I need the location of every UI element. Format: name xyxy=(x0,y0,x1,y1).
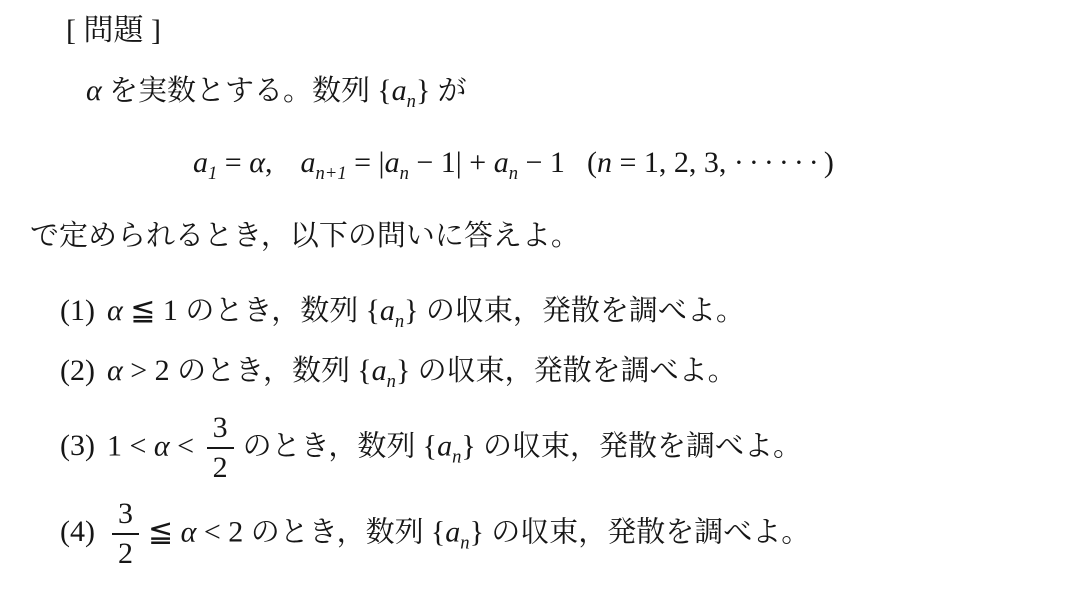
fraction-three-halves: 32 xyxy=(112,498,139,571)
fraction-numerator: 3 xyxy=(112,498,139,535)
condition-relation: ≦ 1 xyxy=(123,294,186,327)
problem-item-1: (1)α ≦ 1 のとき，数列 {an} の収束，発散を調べよ。 xyxy=(60,296,745,326)
math-a: a xyxy=(380,294,395,327)
tail-text-2: の収束，発散を調べよ。 xyxy=(419,295,745,327)
subscript-n: n xyxy=(387,371,396,392)
brace-open: { xyxy=(365,294,379,327)
math-alpha: α xyxy=(86,74,102,107)
math-a: a xyxy=(437,429,452,462)
problem-item-4: (4)32≦ α < 2 のとき，数列 {an} の収束，発散を調べよ。 xyxy=(60,498,810,571)
comma: , xyxy=(265,146,273,179)
tail-text-1: のとき，数列 xyxy=(177,355,357,387)
math-a: a xyxy=(445,515,460,548)
brace-open: { xyxy=(431,515,445,548)
subscript-n: n xyxy=(452,446,461,467)
brace-open: { xyxy=(357,354,371,387)
item-number: (2) xyxy=(60,354,95,387)
intro-text-1: を実数とする。数列 xyxy=(102,75,378,107)
equals-sign: = xyxy=(347,146,379,179)
fraction-denominator: 2 xyxy=(207,449,234,484)
condition-relation: ≦ xyxy=(148,515,181,548)
condition-relation: < xyxy=(170,429,202,462)
math-a-n1: a xyxy=(300,146,315,179)
condition-pre: 1 < xyxy=(107,429,154,462)
range-values: = 1, 2, 3, xyxy=(612,146,734,179)
tail-text-2: の収束，発散を調べよ。 xyxy=(476,430,802,462)
math-alpha: α xyxy=(107,294,123,327)
problem-item-2: (2)α > 2 のとき，数列 {an} の収束，発散を調べよ。 xyxy=(60,356,737,386)
ellipsis-dots: ······ xyxy=(734,146,824,179)
math-a: a xyxy=(372,354,387,387)
paren-close: ) xyxy=(824,146,834,179)
plus-sign: + xyxy=(462,146,494,179)
math-a-n: a xyxy=(385,146,400,179)
condition-relation: > 2 xyxy=(123,354,177,387)
brace-close: } xyxy=(396,354,410,387)
problem-item-3: (3)1 < α < 32のとき，数列 {an} の収束，発散を調べよ。 xyxy=(60,412,802,485)
math-a1: a xyxy=(193,146,208,179)
page-root: { "title": "[ 問題 ]", "intro": { "alpha":… xyxy=(0,0,1083,596)
formula-line: a1 = α,an+1 = |an − 1| + an − 1(n = 1, 2… xyxy=(193,148,834,178)
math-n: n xyxy=(597,146,612,179)
subscript-n-plus-1: n+1 xyxy=(315,163,346,184)
math-a: a xyxy=(392,74,407,107)
math-alpha: α xyxy=(181,515,197,548)
item-number: (4) xyxy=(60,515,95,548)
fraction-three-halves: 32 xyxy=(207,412,234,485)
math-alpha: α xyxy=(249,146,265,179)
fraction-numerator: 3 xyxy=(207,412,234,449)
math-alpha: α xyxy=(107,354,123,387)
item-number: (1) xyxy=(60,294,95,327)
intro-line: α を実数とする。数列 {an} が xyxy=(86,76,467,106)
brace-close: } xyxy=(470,515,484,548)
intro-text-2: が xyxy=(430,75,466,107)
brace-close: } xyxy=(416,74,430,107)
item-number: (3) xyxy=(60,429,95,462)
subscript-n: n xyxy=(407,91,416,112)
subscript-n: n xyxy=(509,163,518,184)
tail-text-1: のとき，数列 xyxy=(185,295,365,327)
math-alpha: α xyxy=(154,429,170,462)
problem-title: [ 問題 ] xyxy=(66,16,161,46)
brace-close: } xyxy=(461,429,475,462)
tail-text-2: の収束，発散を調べよ。 xyxy=(484,516,810,548)
minus-one: − 1 xyxy=(518,146,565,179)
subscript-n: n xyxy=(395,311,404,332)
fraction-denominator: 2 xyxy=(112,535,139,570)
description-line: で定められるとき，以下の問いに答えよ。 xyxy=(30,222,580,251)
brace-open: { xyxy=(377,74,391,107)
subscript-n: n xyxy=(400,163,409,184)
equals-sign: = xyxy=(217,146,249,179)
condition-post: < 2 xyxy=(196,515,250,548)
subscript-n: n xyxy=(460,532,469,553)
tail-text-1: のとき，数列 xyxy=(243,430,423,462)
brace-open: { xyxy=(423,429,437,462)
subscript-1: 1 xyxy=(208,163,217,184)
tail-text-1: のとき，数列 xyxy=(251,516,431,548)
math-a-n: a xyxy=(494,146,509,179)
brace-close: } xyxy=(404,294,418,327)
tail-text-2: の収束，発散を調べよ。 xyxy=(410,355,736,387)
paren-open: ( xyxy=(587,146,597,179)
minus-one: − 1 xyxy=(409,146,456,179)
